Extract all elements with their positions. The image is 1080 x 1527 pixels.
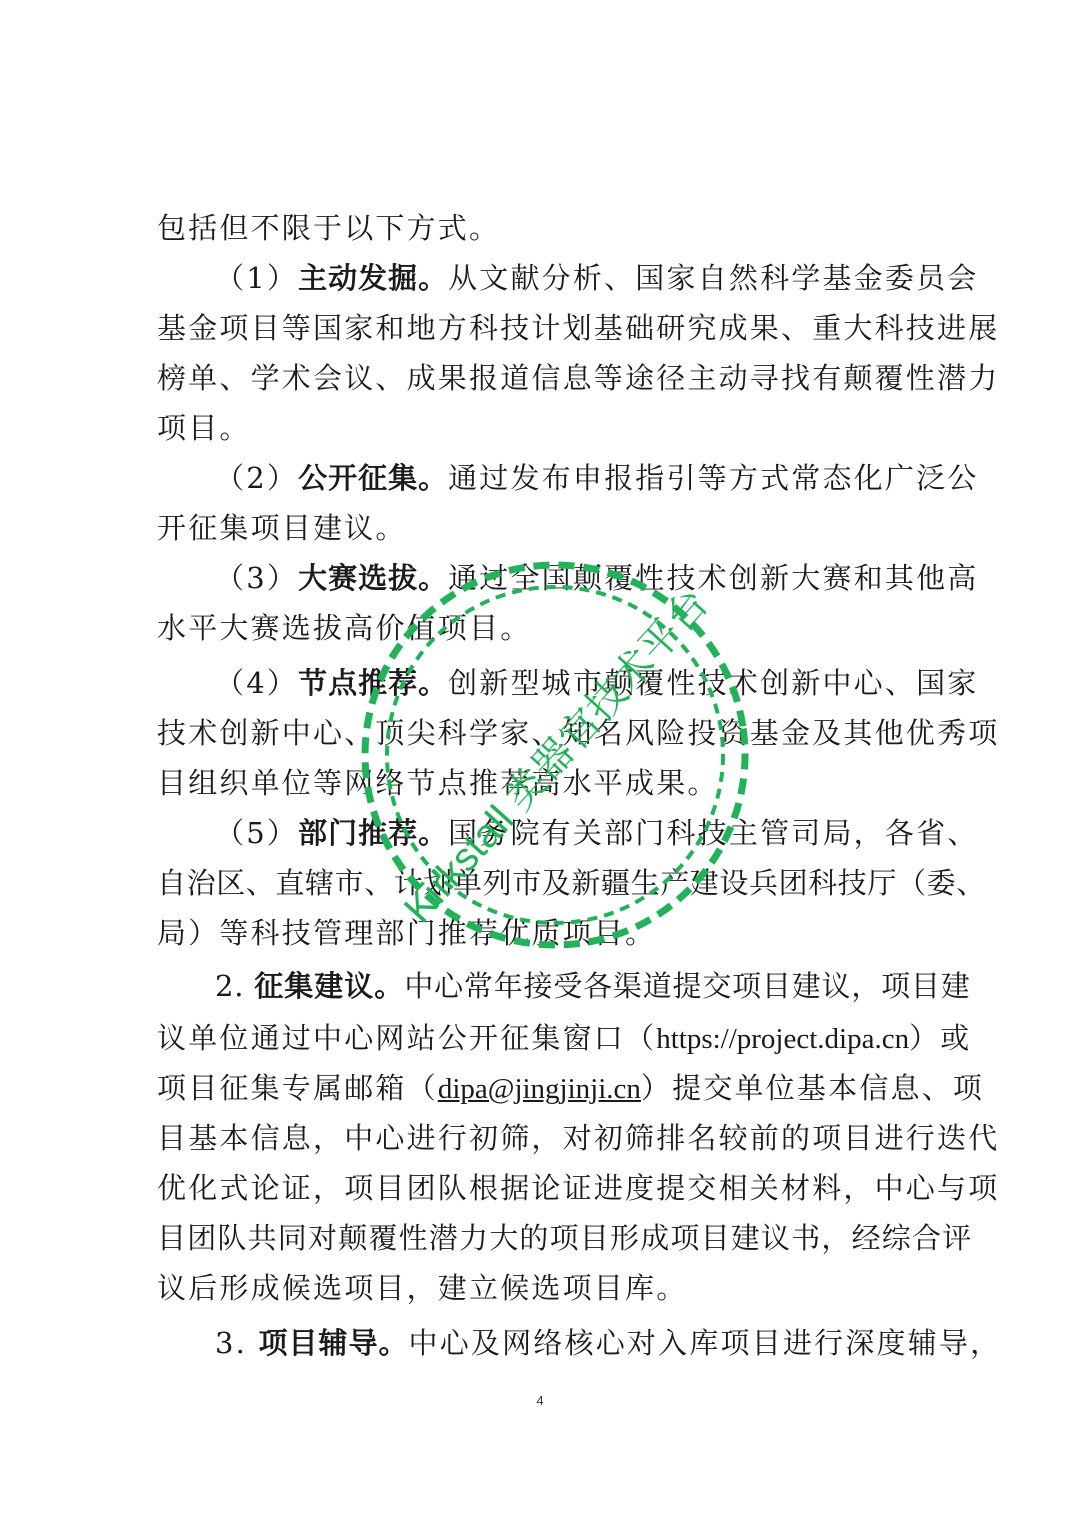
item-label: （5） — [215, 816, 298, 850]
line-text: 榜单、学术会议、成果报道信息等途径主动寻找有颠覆性潜力 — [157, 361, 999, 395]
paragraph-line: 项目征集专属邮箱（dipa@jingjinji.cn）提交单位基本信息、项 — [157, 1070, 927, 1107]
paragraph-line: 议单位通过中心网站公开征集窗口（https://project.dipa.cn）… — [157, 1020, 927, 1057]
line-text: 目组织单位等网络节点推荐高水平成果。 — [157, 766, 719, 800]
section-number: 2. — [215, 969, 254, 1003]
line-text: 目团队共同对颠覆性潜力大的项目形成项目建议书，经综合评 — [157, 1221, 972, 1255]
page-number: 4 — [0, 1393, 1080, 1408]
paragraph-line: 包括但不限于以下方式。 — [157, 210, 927, 246]
line-text: 基金项目等国家和地方科技计划基础研究成果、重大科技进展 — [157, 311, 999, 345]
paragraph-line: 技术创新中心、顶尖科学家、知名风险投资基金及其他优秀项 — [157, 715, 927, 751]
list-item-2: （2）公开征集。通过发布申报指引等方式常态化广泛公 — [215, 460, 927, 496]
line-text: 项目征集专属邮箱（ — [157, 1071, 438, 1105]
paragraph-line: 水平大赛选拔高价值项目。 — [157, 610, 927, 646]
line-text: 优化式论证，项目团队根据论证进度提交相关材料，中心与项 — [157, 1171, 999, 1205]
paragraph-line: 目组织单位等网络节点推荐高水平成果。 — [157, 765, 927, 801]
item-heading: 部门推荐。 — [298, 816, 448, 850]
item-label: （4） — [215, 666, 298, 700]
line-text: 自治区、直辖市、计划单列市及新疆生产建设兵团科技厅（委、 — [157, 866, 986, 900]
paragraph-line: 开征集项目建议。 — [157, 510, 927, 546]
list-item-5: （5）部门推荐。国务院有关部门科技主管司局，各省、 — [215, 815, 927, 851]
email-link[interactable]: dipa@jingjinji.cn — [438, 1073, 641, 1105]
line-text: ）提交单位基本信息、项 — [641, 1071, 984, 1105]
section-3: 3. 项目辅导。中心及网络核心对入库项目进行深度辅导， — [215, 1325, 927, 1361]
line-text: 通过全国颠覆性技术创新大赛和其他高 — [448, 561, 978, 595]
line-text: 项目。 — [157, 411, 251, 445]
paragraph-line: 局）等科技管理部门推荐优质项目。 — [157, 915, 927, 951]
paragraph-line: 议后形成候选项目，建立候选项目库。 — [157, 1270, 927, 1306]
line-text: 国务院有关部门科技主管司局，各省、 — [448, 816, 978, 850]
line-text: 水平大赛选拔高价值项目。 — [157, 611, 531, 645]
line-text: ）或 — [909, 1021, 971, 1055]
item-heading: 公开征集。 — [298, 461, 448, 495]
list-item-3: （3）大赛选拔。通过全国颠覆性技术创新大赛和其他高 — [215, 560, 927, 596]
paragraph-line: 自治区、直辖市、计划单列市及新疆生产建设兵团科技厅（委、 — [157, 865, 927, 901]
line-text: 局）等科技管理部门推荐优质项目。 — [157, 916, 656, 950]
item-heading: 大赛选拔。 — [298, 561, 448, 595]
paragraph-line: 优化式论证，项目团队根据论证进度提交相关材料，中心与项 — [157, 1170, 927, 1206]
paragraph-line: 项目。 — [157, 410, 927, 446]
list-item-1: （1）主动发掘。从文献分析、国家自然科学基金委员会 — [215, 260, 927, 296]
line-text: 议单位通过中心网站公开征集窗口（ — [157, 1021, 656, 1055]
line-text: 中心及网络核心对入库项目进行深度辅导， — [409, 1326, 1002, 1360]
document-page: 包括但不限于以下方式。 （1）主动发掘。从文献分析、国家自然科学基金委员会 基金… — [0, 0, 1080, 1527]
line-text: 开征集项目建议。 — [157, 511, 407, 545]
section-2: 2. 征集建议。中心常年接受各渠道提交项目建议，项目建 — [215, 968, 927, 1004]
paragraph-line: 基金项目等国家和地方科技计划基础研究成果、重大科技进展 — [157, 310, 927, 346]
section-heading: 征集建议。 — [254, 969, 404, 1003]
item-heading: 主动发掘。 — [298, 261, 448, 295]
line-text: 技术创新中心、顶尖科学家、知名风险投资基金及其他优秀项 — [157, 716, 999, 750]
item-label: （3） — [215, 561, 298, 595]
line-text: 通过发布申报指引等方式常态化广泛公 — [448, 461, 978, 495]
paragraph-line: 榜单、学术会议、成果报道信息等途径主动寻找有颠覆性潜力 — [157, 360, 927, 396]
website-link[interactable]: https://project.dipa.cn — [656, 1023, 909, 1055]
line-text: 包括但不限于以下方式。 — [157, 211, 500, 245]
line-text: 从文献分析、国家自然科学基金委员会 — [448, 261, 978, 295]
line-text: 目基本信息，中心进行初筛，对初筛排名较前的项目进行迭代 — [157, 1121, 999, 1155]
item-heading: 节点推荐。 — [298, 666, 448, 700]
item-label: （2） — [215, 461, 298, 495]
list-item-4: （4）节点推荐。创新型城市颠覆性技术创新中心、国家 — [215, 665, 927, 701]
section-number: 3. — [215, 1326, 259, 1360]
paragraph-line: 目团队共同对颠覆性潜力大的项目形成项目建议书，经综合评 — [157, 1220, 927, 1256]
item-label: （1） — [215, 261, 298, 295]
paragraph-line: 目基本信息，中心进行初筛，对初筛排名较前的项目进行迭代 — [157, 1120, 927, 1156]
line-text: 创新型城市颠覆性技术创新中心、国家 — [448, 666, 978, 700]
line-text: 中心常年接受各渠道提交项目建议，项目建 — [404, 969, 970, 1003]
line-text: 议后形成候选项目，建立候选项目库。 — [157, 1271, 687, 1305]
section-heading: 项目辅导。 — [259, 1326, 409, 1360]
